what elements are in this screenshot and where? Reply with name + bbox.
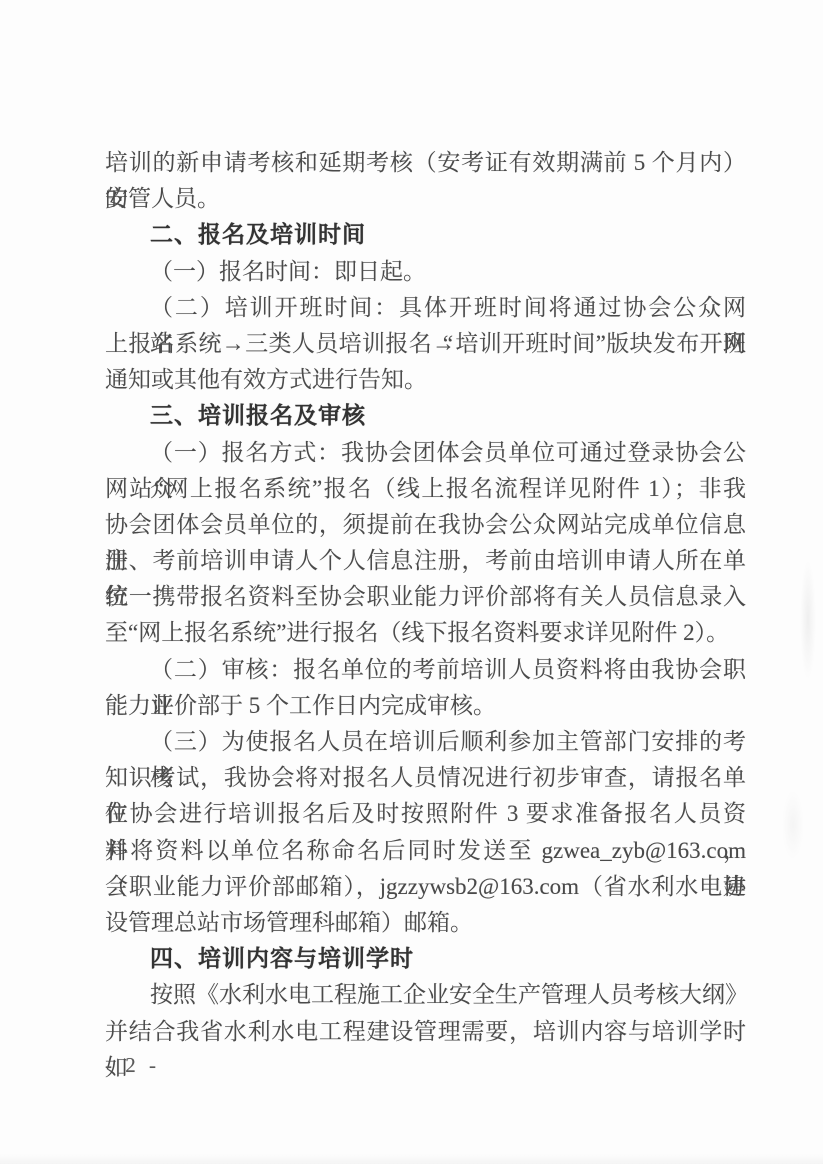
text-line: 在协会进行培训报名后及时按照附件 3 要求准备报名人员资料， bbox=[105, 796, 746, 832]
text-line: 通知或其他有效方式进行告知。 bbox=[105, 362, 746, 398]
document-body: 培训的新申请考核和延期考核（安考证有效期满前 5 个月内）的安管人员。二、报名及… bbox=[105, 145, 746, 1050]
text-line: 至“网上报名系统”进行报名（线下报名资料要求详见附件 2）。 bbox=[105, 615, 746, 651]
text-line: 会职业能力评价部邮箱），jgzzywsb2@163.com（省水利水电建 bbox=[105, 869, 746, 905]
text-line: 册、考前培训申请人个人信息注册，考前由培训申请人所在单位 bbox=[105, 543, 746, 579]
text-line: 上报名系统→三类人员培训报名→培训开班时间”版块发布开班 bbox=[105, 326, 746, 362]
text-line: 并结合我省水利水电工程建设管理需要，培训内容与培训学时如 bbox=[105, 1014, 746, 1050]
text-line: （三）为使报名人员在培训后顺利参加主管部门安排的考核 bbox=[105, 724, 746, 760]
text-line: （一）报名方式：我协会团体会员单位可通过登录协会公众 bbox=[105, 435, 746, 471]
text-line: （一）报名时间：即日起。 bbox=[105, 254, 746, 290]
paragraph: （一）报名方式：我协会团体会员单位可通过登录协会公众网站“网上报名系统”报名（线… bbox=[105, 435, 746, 652]
text-line: 并将资料以单位名称命名后同时发送至 gzwea_zyb@163.com（协 bbox=[105, 833, 746, 869]
section-heading: 四、培训内容与培训学时 bbox=[105, 941, 746, 977]
text-line: 二、报名及培训时间 bbox=[105, 217, 746, 253]
paragraph: 培训的新申请考核和延期考核（安考证有效期满前 5 个月内）的安管人员。 bbox=[105, 145, 746, 217]
text-line: 四、培训内容与培训学时 bbox=[105, 941, 746, 977]
scan-edge-shadow bbox=[0, 1154, 823, 1164]
section-heading: 二、报名及培训时间 bbox=[105, 217, 746, 253]
page-number: - 2 - bbox=[105, 1050, 160, 1080]
document-page: 培训的新申请考核和延期考核（安考证有效期满前 5 个月内）的安管人员。二、报名及… bbox=[0, 0, 823, 1164]
text-line: 培训的新申请考核和延期考核（安考证有效期满前 5 个月内）的 bbox=[105, 145, 746, 181]
text-line: 协会团体会员单位的，须提前在我协会公众网站完成单位信息注 bbox=[105, 507, 746, 543]
paragraph: （二）审核：报名单位的考前培训人员资料将由我协会职业能力评价部于 5 个工作日内… bbox=[105, 652, 746, 724]
paragraph: （一）报名时间：即日起。 bbox=[105, 254, 746, 290]
paragraph: 按照《水利水电工程施工企业安全生产管理人员考核大纲》并结合我省水利水电工程建设管… bbox=[105, 977, 746, 1049]
text-line: （二）审核：报名单位的考前培训人员资料将由我协会职业 bbox=[105, 652, 746, 688]
scan-smudge bbox=[782, 790, 804, 860]
text-line: 三、培训报名及审核 bbox=[105, 398, 746, 434]
section-heading: 三、培训报名及审核 bbox=[105, 398, 746, 434]
scan-smudge bbox=[800, 560, 816, 680]
text-line: 安管人员。 bbox=[105, 181, 746, 217]
text-line: 按照《水利水电工程施工企业安全生产管理人员考核大纲》 bbox=[105, 977, 746, 1013]
paragraph: （二）培训开班时间：具体开班时间将通过协会公众网站“网上报名系统→三类人员培训报… bbox=[105, 290, 746, 399]
text-line: 能力评价部于 5 个工作日内完成审核。 bbox=[105, 688, 746, 724]
text-line: （二）培训开班时间：具体开班时间将通过协会公众网站“网 bbox=[105, 290, 746, 326]
text-line: 设管理总站市场管理科邮箱）邮箱。 bbox=[105, 905, 746, 941]
paragraph: （三）为使报名人员在培训后顺利参加主管部门安排的考核知识考试，我协会将对报名人员… bbox=[105, 724, 746, 941]
text-line: 统一携带报名资料至协会职业能力评价部将有关人员信息录入 bbox=[105, 579, 746, 615]
text-line: 知识考试，我协会将对报名人员情况进行初步审查，请报名单位 bbox=[105, 760, 746, 796]
text-line: 网站“网上报名系统”报名（线上报名流程详见附件 1）；非我 bbox=[105, 471, 746, 507]
